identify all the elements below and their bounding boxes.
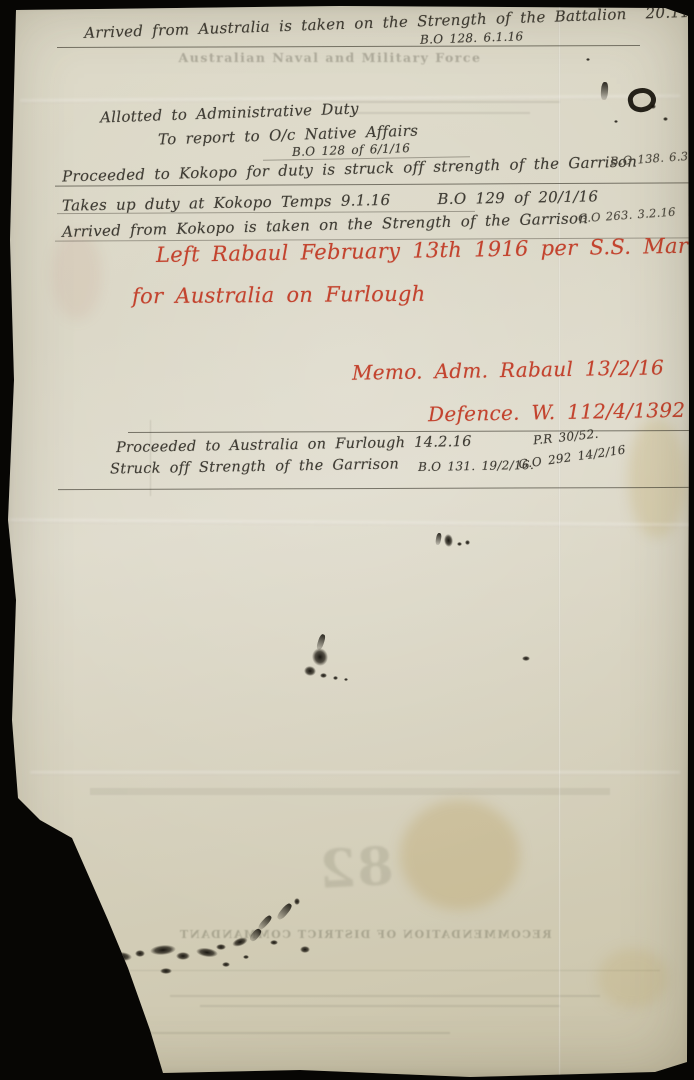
bleed-through-line [200,1005,560,1007]
ink-smudge [294,898,300,905]
ink-mark [443,534,453,548]
stain [598,948,668,1008]
ink-smudge [216,944,226,950]
ink-blot [614,120,618,123]
ink-smudge [112,951,133,962]
ink-blot [586,58,590,61]
bleed-through-line [150,1032,450,1034]
ink-blot [344,678,348,681]
ink-mark [435,533,442,546]
ink-blot [663,117,668,121]
ink-smudge [276,902,294,921]
ink-smudge [135,950,145,957]
entry-struck-off: Struck off Strength of the Garrison [110,456,399,477]
fold-crease [10,518,690,528]
entry-allotted-duty: Allotted to Administrative Duty [100,99,359,126]
ink-blot [333,676,338,680]
bleed-through-line [330,101,560,103]
bleed-through-band [90,788,610,795]
stain [52,230,102,320]
ink-blot [311,647,330,668]
ink-smudge [160,968,172,974]
ink-smudge [243,955,249,959]
ruled-line [128,430,692,433]
stain [400,800,520,910]
ink-blot [320,673,327,678]
entry-struck-off-ref: B.O 131. 19/2/16. [418,458,534,474]
ink-blot [626,85,658,114]
entry-date: 20.11.15 [645,2,694,22]
entry-arrived-kokopo-ref: G.O 263. 3.2.16 [578,205,677,226]
bleed-through-line [100,970,660,971]
ink-mark [465,540,470,545]
bleed-through-commandant: RECOMMENDATION OF DISTRICT COMMANDANT [150,928,580,941]
ink-smudge [222,962,230,967]
fold-crease [30,770,680,775]
ink-mark [457,542,462,546]
ink-smudge [270,940,278,945]
entry-report-ref: B.O 128 of 6/1/16 [292,141,411,159]
ink-smudge [91,957,106,967]
ink-smudge [150,944,177,956]
ink-blot [650,104,656,109]
ink-smudge [300,946,310,953]
entry-arrived-australia-ref: B.O 128. 6.1.16 [420,29,524,47]
entry-arrived-australia: Arrived from Australia is taken on the S… [84,2,694,42]
ink-smudge [120,972,128,977]
entry-proceeded-kokopo-ref: B.O 138. 6.3.16 [610,148,694,169]
bleed-through-line [170,995,600,997]
document-page: Australian Naval and Military Force 82 R… [0,0,694,1080]
entry-text: Arrived from Australia is taken on the S… [84,5,627,42]
ink-smudge [195,947,218,959]
entry-left-rabaul: Left Rabaul February 13th 1916 per S.S. … [156,233,694,267]
entry-defence-ref: Defence. W. 112/4/1392 [428,398,686,426]
entry-ref: B.O 129 of 20/1/16 [437,187,598,208]
bleed-through-number: 82 [316,836,394,901]
scanned-document: Australian Naval and Military Force 82 R… [0,0,694,1080]
entry-memo-adm: Memo. Adm. Rabaul 13/2/16 [352,355,664,384]
bleed-through-line [350,112,530,114]
bleed-through-header: Australian Naval and Military Force [130,50,530,65]
ink-smudge [176,952,190,960]
entry-for-australia: for Australia on Furlough [132,282,426,309]
ruled-line [58,487,692,490]
entry-proceeded-australia: Proceeded to Australia on Furlough 14.2.… [116,434,472,456]
ink-blot [522,656,530,661]
ink-blot [303,665,316,677]
stain [628,418,686,538]
ruled-line [57,45,640,48]
